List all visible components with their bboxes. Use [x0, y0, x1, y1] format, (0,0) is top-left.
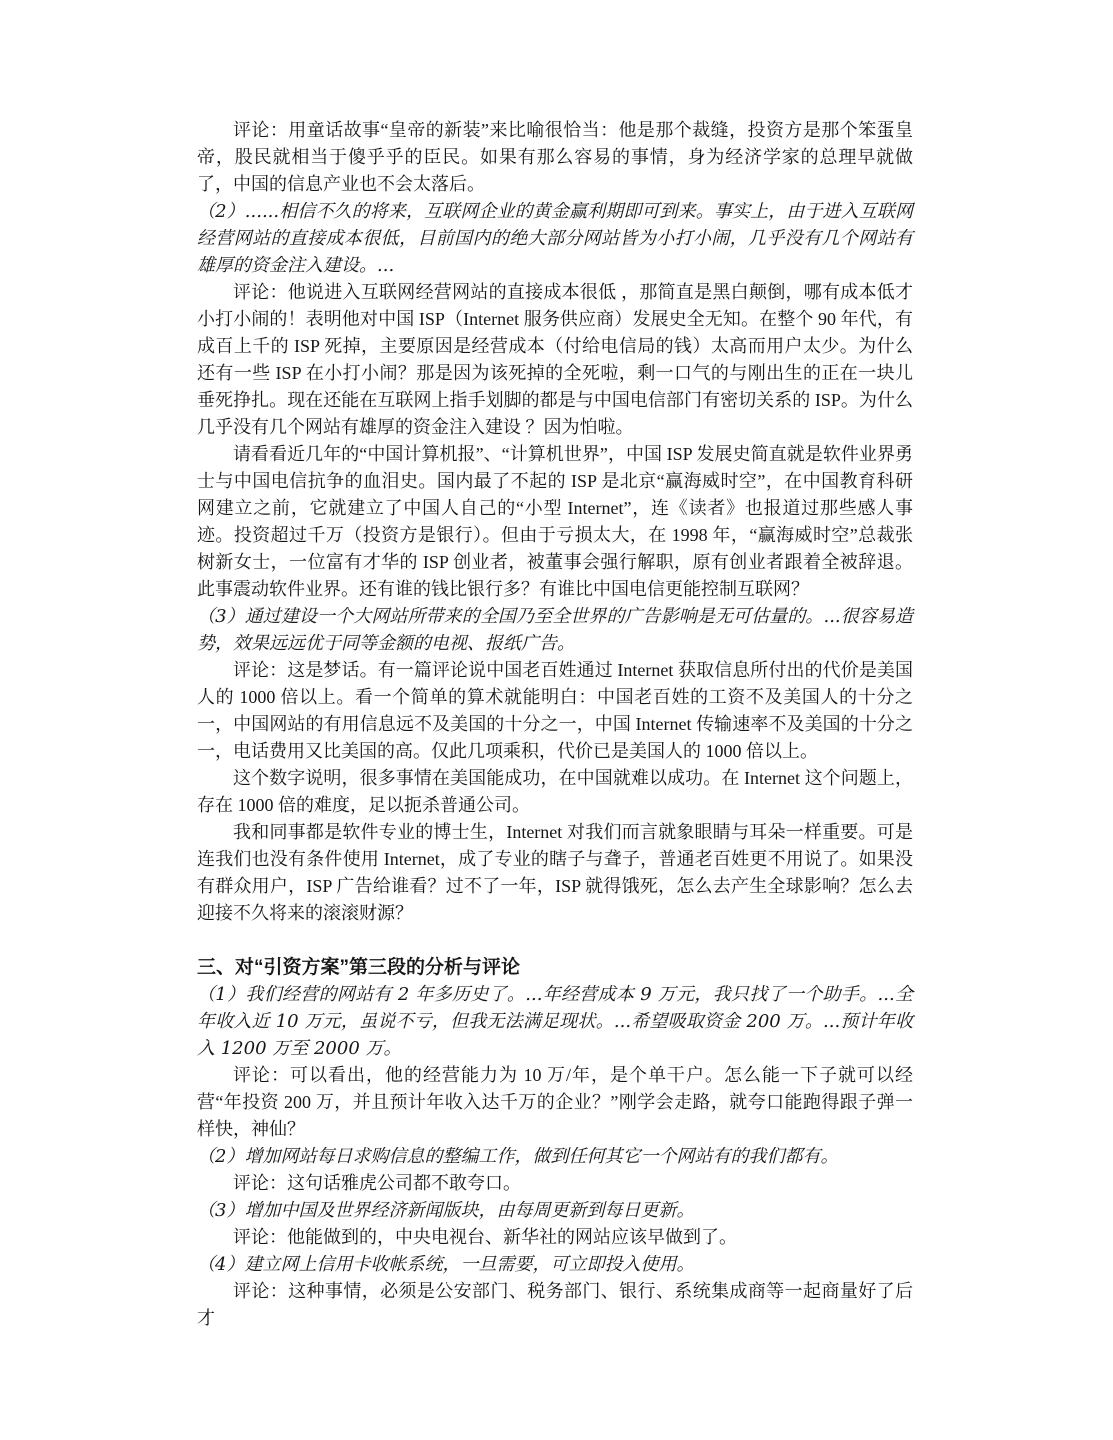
quote-paragraph-2-daily-info: （2）增加网站每日求购信息的整编工作，做到任何其它一个网站有的我们都有。	[197, 1143, 913, 1170]
comment-paragraph-phd-no-internet: 我和同事都是软件专业的博士生，Internet 对我们而言就象眼睛与耳朵一样重要…	[197, 819, 913, 927]
comment-paragraph-isp-history: 评论：他说进入互联网经营网站的直接成本很低 ，那简直是黑白颠倒，哪有成本低才小打…	[197, 279, 913, 441]
quote-paragraph-2-golden-profit-period: （2）......相信不久的将来，互联网企业的黄金赢利期即可到来。事实上，由于进…	[197, 198, 913, 279]
text-block: 评论：用童话故事“皇帝的新装”来比喻很恰当：他是那个裁缝，投资方是那个笨蛋皇帝，…	[197, 117, 913, 1332]
comment-paragraph-yahoo: 评论：这句话雅虎公司都不敢夸口。	[197, 1170, 913, 1197]
section-heading-part-three: 三、对“引资方案”第三段的分析与评论	[197, 954, 913, 981]
comment-paragraph-1000x-cost: 评论：这是梦话。有一篇评论说中国老百姓通过 Internet 获取信息所付出的代…	[197, 657, 913, 765]
quote-paragraph-3-news-section: （3）增加中国及世界经济新闻版块，由每周更新到每日更新。	[197, 1197, 913, 1224]
comment-paragraph-single-operator: 评论：可以看出，他的经营能力为 10 万/年，是个单干户。怎么能一下子就可以经营…	[197, 1062, 913, 1143]
comment-paragraph-departments-negotiate: 评论：这种事情，必须是公安部门、税务部门、银行、系统集成商等一起商量好了后才	[197, 1278, 913, 1332]
quote-paragraph-4-credit-card: （4）建立网上信用卡收帐系统，一旦需要，可立即投入使用。	[197, 1251, 913, 1278]
comment-paragraph-cctv-xinhua: 评论：他能做到的，中央电视台、新华社的网站应该早做到了。	[197, 1224, 913, 1251]
comment-paragraph-yinghaiwei-story: 请看看近几年的“中国计算机报”、“计算机世界”，中国 ISP 发展史简直就是软件…	[197, 441, 913, 603]
quote-paragraph-3-advertising-influence: （3）通过建设一个大网站所带来的全国乃至全世界的广告影响是无可估量的。...很容…	[197, 603, 913, 657]
comment-paragraph-emperor-new-clothes: 评论：用童话故事“皇帝的新装”来比喻很恰当：他是那个裁缝，投资方是那个笨蛋皇帝，…	[197, 117, 913, 198]
quote-paragraph-1-website-history: （1）我们经营的网站有 2 年多历史了。...年经营成本 9 万元，我只找了一个…	[197, 981, 913, 1062]
document-page: 评论：用童话故事“皇帝的新装”来比喻很恰当：他是那个裁缝，投资方是那个笨蛋皇帝，…	[0, 0, 1113, 1440]
comment-paragraph-1000x-difficulty: 这个数字说明，很多事情在美国能成功，在中国就难以成功。在 Internet 这个…	[197, 765, 913, 819]
